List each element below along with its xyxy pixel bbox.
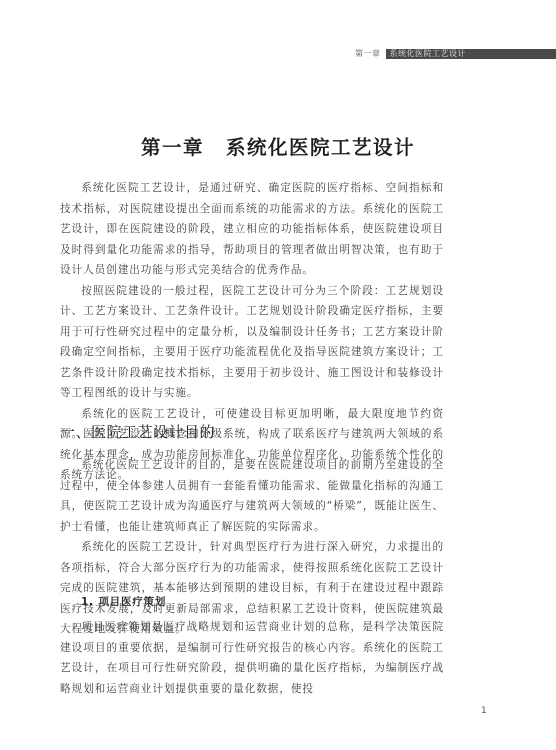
running-header: 第一章 系统化医院工艺设计 bbox=[355, 48, 556, 59]
subsection-heading: 1. 项目医疗策划 bbox=[60, 594, 444, 609]
subsection-paragraph: 项目医疗策划是医疗战略规划和运营商业计划的总称，是科学决策医院建设项目的重要依据… bbox=[60, 617, 444, 699]
intro-paragraph: 按照医院建设的一般过程，医院工艺设计可分为三个阶段：工艺规划设计、工艺方案设计、… bbox=[60, 281, 444, 404]
subsection-1: 1. 项目医疗策划 bbox=[60, 594, 444, 609]
running-header-chapter-title: 系统化医院工艺设计 bbox=[386, 49, 556, 59]
running-header-chapter-label: 第一章 bbox=[355, 48, 381, 59]
chapter-title-text: 系统化医院工艺设计 bbox=[226, 136, 415, 159]
section-heading: 一、医院工艺设计目的 bbox=[60, 421, 444, 442]
intro-paragraph: 系统化医院工艺设计，是通过研究、确定医院的医疗指标、空间指标和技术指标，对医院建… bbox=[60, 178, 444, 281]
section-1: 一、医院工艺设计目的 bbox=[60, 421, 444, 442]
page-number: 1 bbox=[481, 706, 487, 716]
section-1-body: 系统化医院工艺设计的目的，是要在医院建设项目的前期乃至建设的全过程中，使全体参建… bbox=[60, 455, 444, 640]
chapter-number: 第一章 bbox=[141, 136, 204, 159]
section-paragraph: 系统化医院工艺设计的目的，是要在医院建设项目的前期乃至建设的全过程中，使全体参建… bbox=[60, 455, 444, 537]
chapter-title: 第一章系统化医院工艺设计 bbox=[0, 132, 556, 160]
subsection-1-body: 项目医疗策划是医疗战略规划和运营商业计划的总称，是科学决策医院建设项目的重要依据… bbox=[60, 617, 444, 699]
